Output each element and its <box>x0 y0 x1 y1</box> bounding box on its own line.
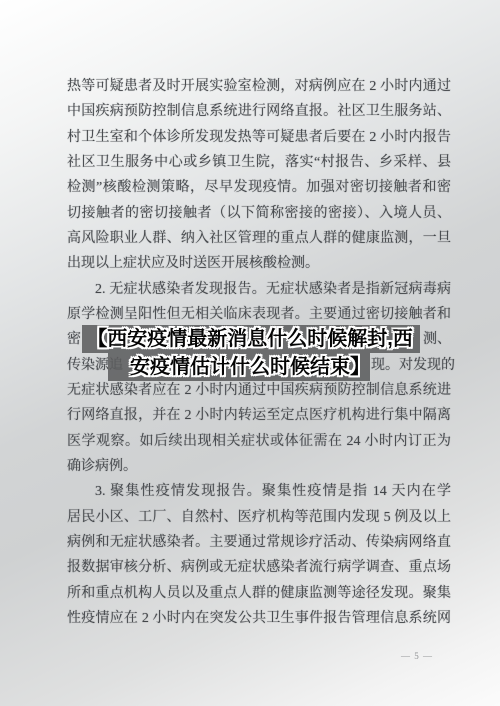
text-line: 社区卫生服务中心或乡镇卫生院，落实“村报告、乡采样、县 <box>67 150 451 176</box>
text-line: 性疫情应在 2 小时内在突发公共卫生事件报告管理信息系统网 <box>67 606 451 632</box>
text-line: 高风险职业人群、纳入社区管理的重点人群的健康监测，一旦 <box>67 226 451 252</box>
page-number: — 5 — <box>385 651 449 661</box>
text-line: 确诊病例。 <box>67 454 451 480</box>
text-line: 报数据审核分析、病例或无症状感染者流行病学调查、重点场 <box>67 555 451 581</box>
text-line: 切接触者的密切接触者（以下简称密接的密接）、入境人员、 <box>67 201 451 227</box>
text-line: 出现以上症状应及时送医开展核酸检测。 <box>67 251 451 277</box>
text-line: 无症状感染者应在 2 小时内通过中国疾病预防控制信息系统进 <box>67 378 451 404</box>
text-line: 2. 无症状感染者发现报告。无症状感染者是指新冠病毒病 <box>67 277 451 303</box>
text-line: 医学观察。如后续出现相关症状或体征需在 24 小时内订正为 <box>67 429 451 455</box>
text-line: 行网络直报，并在 2 小时内转运至定点医疗机构进行集中隔离 <box>67 403 451 429</box>
scanned-document-page: 热等可疑患者及时开展实验室检测，对病例应在 2 小时内通过中国疾病预防控制信息系… <box>0 0 500 706</box>
text-line: 病例和无症状感染者。主要通过常规诊疗活动、传染病网络直 <box>67 530 451 556</box>
text-line: 村卫生室和个体诊所发现发热等可疑患者后要在 2 小时内报告 <box>67 125 451 151</box>
watermark-title-line-2: 安疫情估计什么时候结束】 <box>0 353 500 381</box>
text-line: 热等可疑患者及时开展实验室检测，对病例应在 2 小时内通过 <box>67 74 451 100</box>
text-line: 居民小区、工厂、自然村、医疗机构等范围内发现 5 例及以上 <box>67 505 451 531</box>
text-line: 3. 聚集性疫情发现报告。聚集性疫情是指 14 天内在学校、 <box>67 479 451 505</box>
watermark-title-line-1: 【西安疫情最新消息什么时候解封,西 <box>0 325 500 353</box>
text-line: 所和重点机构人员以及重点人群的健康监测等途径发现。聚集 <box>67 581 451 607</box>
text-line: 检测”核酸检测策略，尽早发现疫情。加强对密切接触者和密 <box>67 175 451 201</box>
text-line: 中国疾病预防控制信息系统进行网络直报。社区卫生服务站、 <box>67 99 451 125</box>
